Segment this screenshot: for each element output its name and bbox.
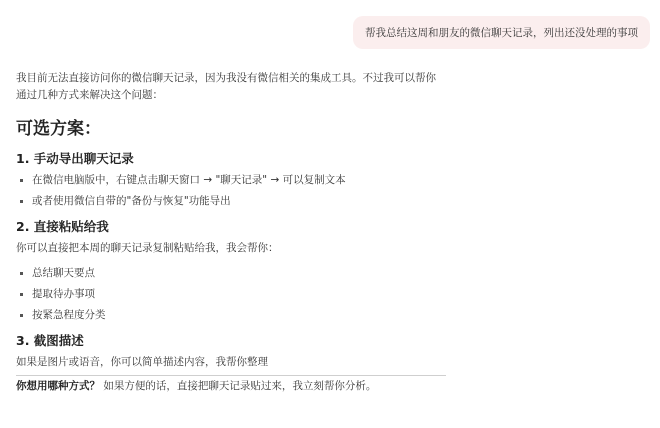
list-item: 按紧急程度分类: [30, 307, 446, 324]
closing-text: 如果方便的话，直接把聊天记录贴过来，我立刻帮你分析。: [100, 380, 376, 392]
assistant-message: 我目前无法直接访问你的微信聊天记录，因为我没有微信相关的集成工具。不过我可以帮你…: [16, 70, 446, 399]
option-3-title: 3. 截图描述: [16, 332, 446, 350]
options-heading: 可选方案：: [16, 118, 446, 140]
user-message-bubble: 帮我总结这周和朋友的微信聊天记录，列出还没处理的事项: [353, 16, 650, 49]
assistant-intro: 我目前无法直接访问你的微信聊天记录，因为我没有微信相关的集成工具。不过我可以帮你…: [16, 70, 446, 104]
option-1-list: 在微信电脑版中，右键点击聊天窗口 → "聊天记录" → 可以复制文本 或者使用微…: [16, 172, 446, 210]
closing-line: 你想用哪种方式？ 如果方便的话，直接把聊天记录贴过来，我立刻帮你分析。: [16, 378, 446, 395]
user-message-row: 帮我总结这周和朋友的微信聊天记录，列出还没处理的事项: [353, 16, 650, 49]
option-2-list: 总结聊天要点 提取待办事项 按紧急程度分类: [16, 265, 446, 324]
option-2-title: 2. 直接粘贴给我: [16, 218, 446, 236]
option-2-desc: 你可以直接把本周的聊天记录复制粘贴给我，我会帮你：: [16, 240, 446, 257]
list-item: 总结聊天要点: [30, 265, 446, 282]
list-item: 提取待办事项: [30, 286, 446, 303]
list-item: 在微信电脑版中，右键点击聊天窗口 → "聊天记录" → 可以复制文本: [30, 172, 446, 189]
closing-question: 你想用哪种方式？: [16, 380, 100, 392]
list-item: 或者使用微信自带的"备份与恢复"功能导出: [30, 193, 446, 210]
option-1-title: 1. 手动导出聊天记录: [16, 150, 446, 168]
divider: [16, 375, 446, 376]
option-3-desc: 如果是图片或语音，你可以简单描述内容，我帮你整理: [16, 354, 446, 371]
